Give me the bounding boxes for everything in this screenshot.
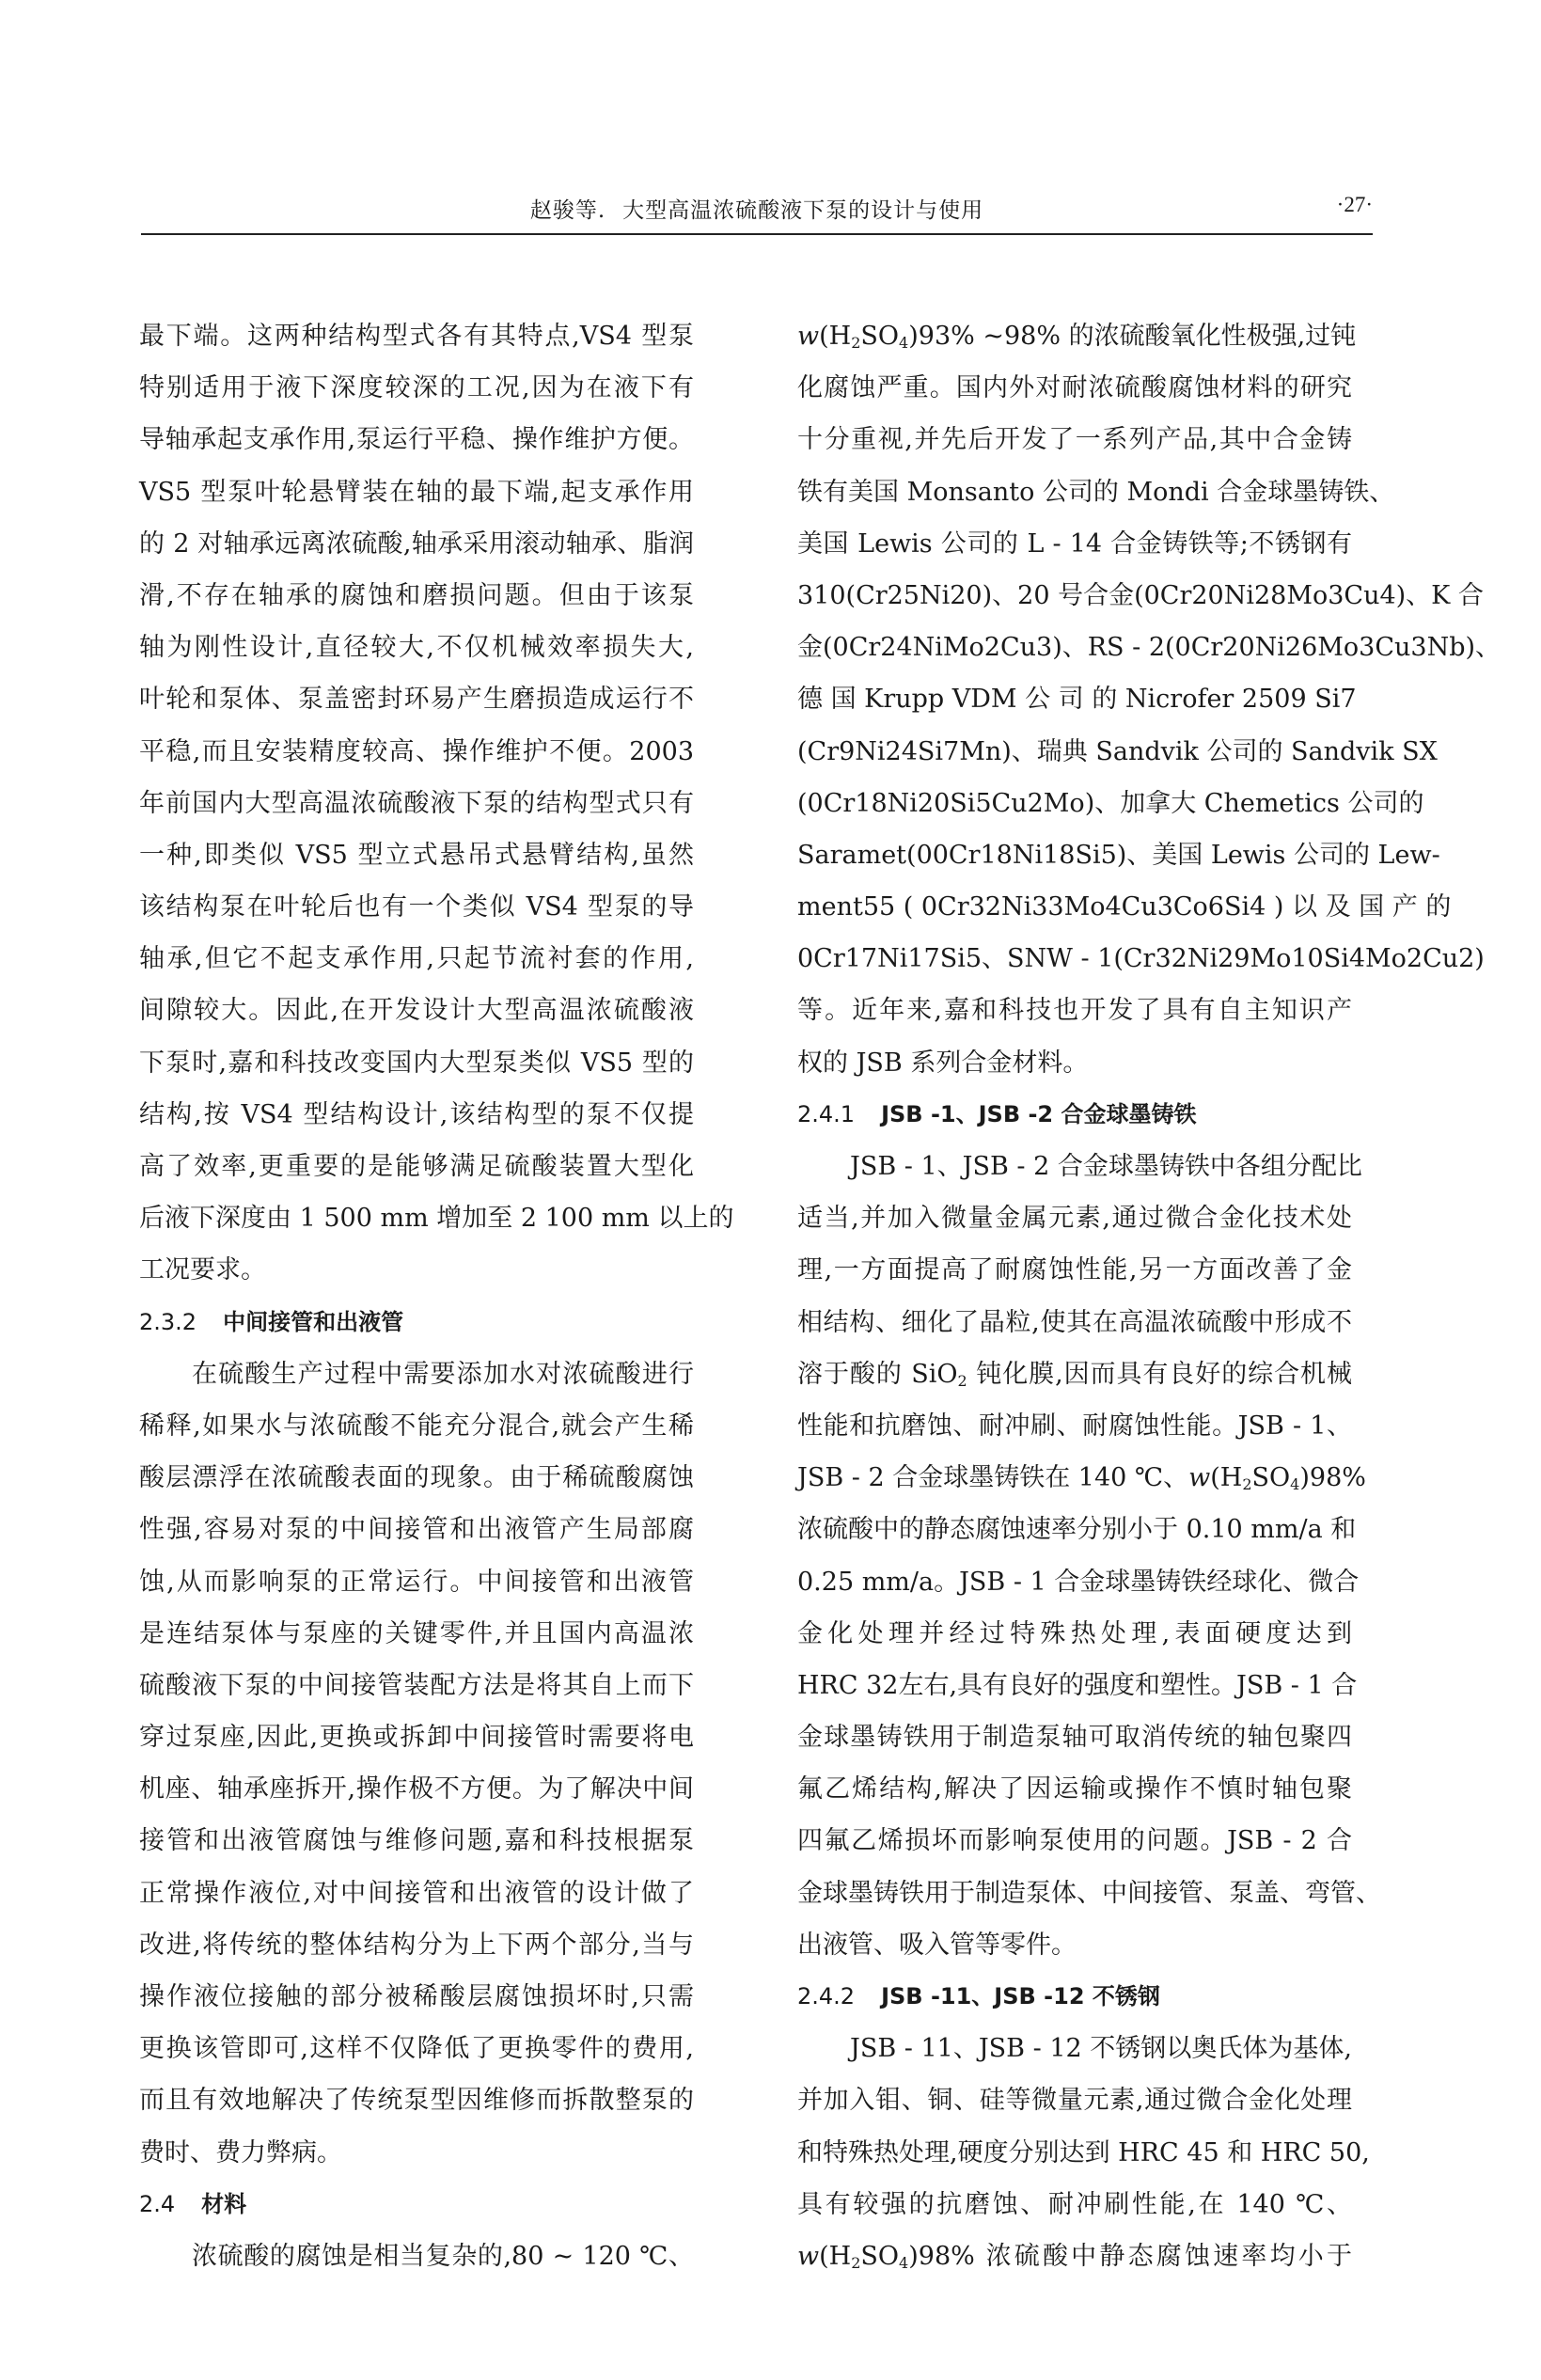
text-line: 叶轮和泵体、泵盖密封环易产生磨损造成运行不 — [139, 673, 694, 725]
text-line: 特别适用于液下深度较深的工况,因为在液下有 — [139, 362, 694, 414]
text-line: 并加入钼、铜、硅等微量元素,通过微合金化处理 — [797, 2074, 1352, 2126]
formula-part: SO — [860, 2242, 899, 2271]
text-line: 适当,并加入微量金属元素,通过微合金化技术处 — [797, 1192, 1352, 1244]
text-line: 硫酸液下泵的中间接管装配方法是将其自上而下 — [139, 1660, 694, 1711]
text-line: 0Cr17Ni17Si5、SNW - 1(Cr32Ni29Mo10Si4Mo2C… — [797, 933, 1352, 985]
header-authors: 赵骏等. — [530, 198, 605, 223]
text-line: 而且有效地解决了传统泵型因维修而拆散整泵的 — [139, 2074, 694, 2126]
text-line: 金化处理并经过特殊热处理,表面硬度达到 — [797, 1608, 1352, 1660]
subscript: 4 — [1290, 1475, 1299, 1493]
section-title: JSB -1、JSB -2 合金球墨铸铁 — [881, 1101, 1196, 1127]
subscript: 4 — [899, 2254, 908, 2272]
text-line: 相结构、细化了晶粒,使其在高温浓硫酸中形成不 — [797, 1297, 1352, 1348]
text-line: 平稳,而且安装精度较高、操作维护不便。2003 — [139, 726, 694, 778]
text-line: 浓硫酸的腐蚀是相当复杂的,80 ~ 120 ℃、 — [139, 2230, 694, 2282]
subscript: 2 — [851, 2254, 860, 2272]
text-line: 一种,即类似 VS5 型立式悬吊式悬臂结构,虽然 — [139, 829, 694, 881]
text-line: 蚀,从而影响泵的正常运行。中间接管和出液管 — [139, 1556, 694, 1608]
section-title: 中间接管和出液管 — [223, 1309, 403, 1335]
section-title: 材料 — [201, 2191, 246, 2217]
text-line: 下泵时,嘉和科技改变国内大型泵类似 VS5 型的 — [139, 1037, 694, 1089]
text-line: 四氟乙烯损坏而影响泵使用的问题。JSB - 2 合 — [797, 1815, 1352, 1867]
text-line: 等。近年来,嘉和科技也开发了具有自主知识产 — [797, 985, 1352, 1036]
section-number: 2.3.2 — [139, 1309, 197, 1335]
text-line: 轴为刚性设计,直径较大,不仅机械效率损失大, — [139, 622, 694, 673]
text-line-formula: w(H2SO4)98% 浓硫酸中静态腐蚀速率均小于 — [797, 2230, 1352, 2282]
text-line: 具有较强的抗磨蚀、耐冲刷性能,在 140 ℃、 — [797, 2179, 1352, 2230]
text-line: 导轴承起支承作用,泵运行平稳、操作维护方便。 — [139, 414, 694, 465]
text-line: 更换该管即可,这样不仅降低了更换零件的费用, — [139, 2023, 694, 2074]
subscript: 4 — [899, 334, 908, 352]
right-column: w(H2SO4)93% ~98% 的浓硫酸氧化性极强,过钝 化腐蚀严重。国内外对… — [797, 310, 1352, 2282]
left-column: 最下端。这两种结构型式各有其特点,VS4 型泵 特别适用于液下深度较深的工况,因… — [139, 310, 694, 2282]
text-line: 年前国内大型高温浓硫酸液下泵的结构型式只有 — [139, 778, 694, 829]
text-line: ment55 ( 0Cr32Ni33Mo4Cu3Co6Si4 ) 以 及 国 产… — [797, 881, 1352, 933]
text-line: 穿过泵座,因此,更换或拆卸中间接管时需要将电 — [139, 1711, 694, 1763]
text-line: (Cr9Ni24Si7Mn)、瑞典 Sandvik 公司的 Sandvik SX — [797, 726, 1352, 778]
section-number: 2.4.2 — [797, 1983, 855, 2010]
text-line: 酸层漂浮在浓硫酸表面的现象。由于稀硫酸腐蚀 — [139, 1452, 694, 1504]
text-line: 的 2 对轴承远离浓硫酸,轴承采用滚动轴承、脂润 — [139, 518, 694, 570]
text-line: VS5 型泵叶轮悬臂装在轴的最下端,起支承作用 — [139, 466, 694, 518]
formula-part: 溶于酸的 SiO — [797, 1360, 958, 1389]
text-line: 费时、费力弊病。 — [139, 2127, 694, 2179]
section-heading-2-3-2: 2.3.2中间接管和出液管 — [139, 1297, 694, 1348]
text-line: 浓硫酸中的静态腐蚀速率分别小于 0.10 mm/a 和 — [797, 1504, 1352, 1555]
section-title: JSB -11、JSB -12 不锈钢 — [881, 1983, 1160, 2010]
subscript: 2 — [958, 1372, 967, 1390]
section-heading-2-4-2: 2.4.2JSB -11、JSB -12 不锈钢 — [797, 1971, 1352, 2023]
text-line: 改进,将传统的整体结构分为上下两个部分,当与 — [139, 1919, 694, 1971]
mass-fraction-symbol: w — [1188, 1463, 1210, 1492]
formula-part: (H — [819, 322, 851, 351]
text-line: 该结构泵在叶轮后也有一个类似 VS4 型泵的导 — [139, 881, 694, 933]
text-line: 结构,按 VS4 型结构设计,该结构型的泵不仅提 — [139, 1089, 694, 1141]
text-line: 间隙较大。因此,在开发设计大型高温浓硫酸液 — [139, 985, 694, 1036]
formula-part: SO — [1252, 1463, 1291, 1492]
section-heading-2-4: 2.4材料 — [139, 2179, 694, 2230]
text-line: HRC 32左右,具有良好的强度和塑性。JSB - 1 合 — [797, 1660, 1352, 1711]
text-line: 氟乙烯结构,解决了因运输或操作不慎时轴包聚 — [797, 1763, 1352, 1815]
text-line: 金(0Cr24NiMo2Cu3)、RS - 2(0Cr20Ni26Mo3Cu3N… — [797, 622, 1352, 673]
text-line: 310(Cr25Ni20)、20 号合金(0Cr20Ni28Mo3Cu4)、K … — [797, 570, 1352, 622]
text-line: 稀释,如果水与浓硫酸不能充分混合,就会产生稀 — [139, 1400, 694, 1452]
text-line: 是连结泵体与泵座的关键零件,并且国内高温浓 — [139, 1608, 694, 1660]
text-line: 0.25 mm/a。JSB - 1 合金球墨铸铁经球化、微合 — [797, 1556, 1352, 1608]
text-line: 操作液位接触的部分被稀酸层腐蚀损坏时,只需 — [139, 1971, 694, 2023]
mass-fraction-symbol: w — [797, 2242, 819, 2271]
text-line: 工况要求。 — [139, 1244, 694, 1296]
text-line-formula: w(H2SO4)93% ~98% 的浓硫酸氧化性极强,过钝 — [797, 310, 1352, 362]
text-line: 化腐蚀严重。国内外对耐浓硫酸腐蚀材料的研究 — [797, 362, 1352, 414]
formula-part: (H — [819, 2242, 851, 2271]
formula-part: )93% ~98% 的浓硫酸氧化性极强,过钝 — [908, 322, 1356, 351]
formula-part: SO — [860, 322, 899, 351]
text-line: 机座、轴承座拆开,操作极不方便。为了解决中间 — [139, 1763, 694, 1815]
running-title: 赵骏等.大型高温浓硫酸液下泵的设计与使用 — [141, 193, 1373, 224]
section-number: 2.4.1 — [797, 1101, 855, 1127]
page-number: ·27· — [1337, 193, 1373, 217]
section-number: 2.4 — [139, 2191, 175, 2217]
text-line: 理,一方面提高了耐腐蚀性能,另一方面改善了金 — [797, 1244, 1352, 1296]
text-line: JSB - 11、JSB - 12 不锈钢以奥氏体为基体, — [797, 2023, 1352, 2074]
text-line: 性能和抗磨蚀、耐冲刷、耐腐蚀性能。JSB - 1、 — [797, 1400, 1352, 1452]
text-line: 接管和出液管腐蚀与维修问题,嘉和科技根据泵 — [139, 1815, 694, 1867]
header-title: 大型高温浓硫酸液下泵的设计与使用 — [622, 198, 983, 223]
text-line: 美国 Lewis 公司的 L - 14 合金铸铁等;不锈钢有 — [797, 518, 1352, 570]
text-line: 轴承,但它不起支承作用,只起节流衬套的作用, — [139, 933, 694, 985]
text-line: 正常操作液位,对中间接管和出液管的设计做了 — [139, 1868, 694, 1919]
subscript: 2 — [1242, 1475, 1251, 1493]
text-line-formula: JSB - 2 合金球墨铸铁在 140 ℃、w(H2SO4)98% — [797, 1452, 1352, 1504]
formula-part: )98% 浓硫酸中静态腐蚀速率均小于 — [908, 2242, 1352, 2271]
running-header: 赵骏等.大型高温浓硫酸液下泵的设计与使用 ·27· — [141, 193, 1373, 230]
text-line-formula: 溶于酸的 SiO2 钝化膜,因而具有良好的综合机械 — [797, 1348, 1352, 1400]
text-line: 出液管、吸入管等零件。 — [797, 1919, 1352, 1971]
text-line: 金球墨铸铁用于制造泵体、中间接管、泵盖、弯管、 — [797, 1868, 1352, 1919]
text-line: 后液下深度由 1 500 mm 增加至 2 100 mm 以上的 — [139, 1192, 694, 1244]
formula-part: (H — [1210, 1463, 1242, 1492]
formula-part: 钝化膜,因而具有良好的综合机械 — [967, 1360, 1352, 1389]
text-line: 十分重视,并先后开发了一系列产品,其中合金铸 — [797, 414, 1352, 465]
formula-part: )98% — [1299, 1463, 1366, 1492]
text-line: 权的 JSB 系列合金材料。 — [797, 1037, 1352, 1089]
text-line: 在硫酸生产过程中需要添加水对浓硫酸进行 — [139, 1348, 694, 1400]
text-line: 铁有美国 Monsanto 公司的 Mondi 合金球墨铸铁、 — [797, 466, 1352, 518]
mass-fraction-symbol: w — [797, 322, 819, 351]
text-line: 高了效率,更重要的是能够满足硫酸装置大型化 — [139, 1141, 694, 1192]
section-heading-2-4-1: 2.4.1JSB -1、JSB -2 合金球墨铸铁 — [797, 1089, 1352, 1141]
text-line: Saramet(00Cr18Ni18Si5)、美国 Lewis 公司的 Lew- — [797, 829, 1352, 881]
subscript: 2 — [851, 334, 860, 352]
text-line: 性强,容易对泵的中间接管和出液管产生局部腐 — [139, 1504, 694, 1555]
text-line: 和特殊热处理,硬度分别达到 HRC 45 和 HRC 50, — [797, 2127, 1352, 2179]
text-line: JSB - 1、JSB - 2 合金球墨铸铁中各组分配比 — [797, 1141, 1352, 1192]
text-line: 滑,不存在轴承的腐蚀和磨损问题。但由于该泵 — [139, 570, 694, 622]
text-line: 金球墨铸铁用于制造泵轴可取消传统的轴包聚四 — [797, 1711, 1352, 1763]
text-line: 德 国 Krupp VDM 公 司 的 Nicrofer 2509 Si7 — [797, 673, 1352, 725]
text-line: (0Cr18Ni20Si5Cu2Mo)、加拿大 Chemetics 公司的 — [797, 778, 1352, 829]
header-rule — [141, 233, 1373, 235]
text-line: 最下端。这两种结构型式各有其特点,VS4 型泵 — [139, 310, 694, 362]
formula-part: JSB - 2 合金球墨铸铁在 140 ℃、 — [797, 1463, 1188, 1492]
